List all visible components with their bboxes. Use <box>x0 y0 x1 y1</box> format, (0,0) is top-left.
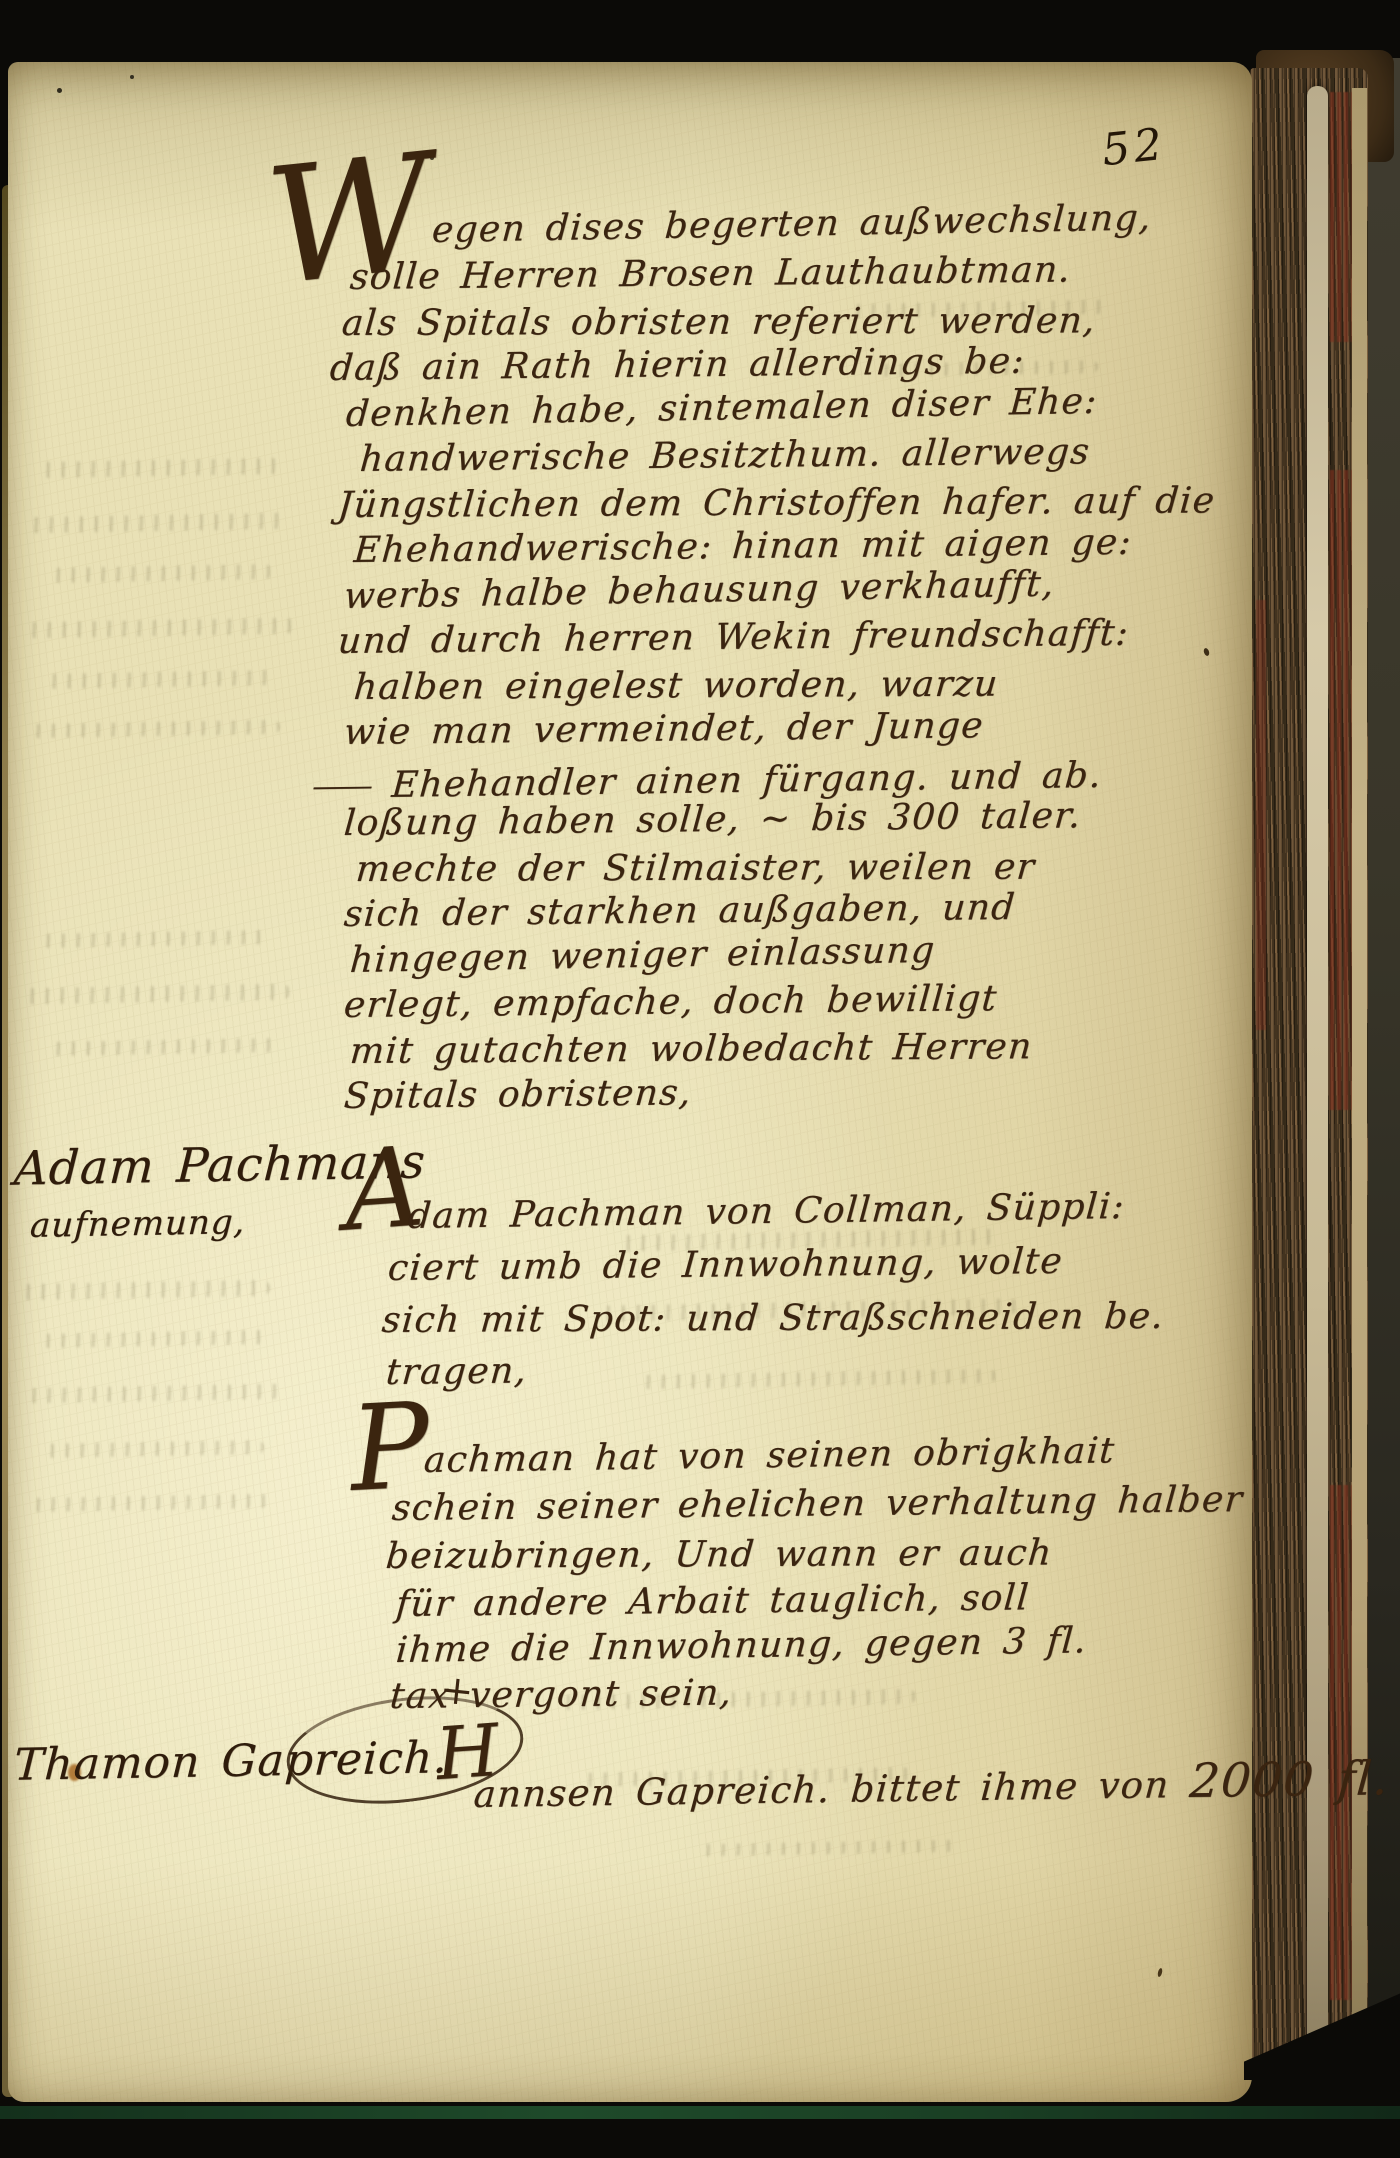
fore-edge-red-streak <box>1330 1485 1352 2000</box>
text-line: sich der starkhen außgaben, und <box>342 887 1017 935</box>
entry-text: annsen Gapreich. bittet ihme von <box>472 1763 1191 1816</box>
paper-speck <box>130 75 134 79</box>
fore-edge-red-streak <box>1330 92 1352 342</box>
table-stripe <box>0 2106 1400 2119</box>
folio-number: 52 <box>1100 119 1169 176</box>
text-line: daß ain Rath hierin allerdings be: <box>328 341 1026 389</box>
manuscript-photo: 52 W egen dises begerten außwechslung, s… <box>0 0 1400 2158</box>
paper-speck <box>430 156 434 160</box>
text-line: sich mit Spot: und Straßschneiden be. <box>380 1296 1166 1341</box>
text-line: mechte der Stilmaister, weilen er <box>354 847 1037 890</box>
text-line: solle Herren Brosen Lauthaubtman. <box>348 249 1072 298</box>
text-line: ciert umb die Innwohnung, wolte <box>386 1241 1064 1289</box>
text-line: halben eingelest worden, warzu <box>352 664 1000 708</box>
paper-speck <box>57 88 62 93</box>
text-line: handwerische Besitzthum. allerwegs <box>358 431 1091 480</box>
margin-note-subject: aufnemung, <box>29 1202 246 1246</box>
fore-edge-red-streak <box>1256 600 1266 1030</box>
fore-edge-red-streak <box>1330 470 1352 1110</box>
text-line: als Spitals obristen referiert werden, <box>340 300 1097 344</box>
text-line: Jüngstlichen dem Christoffen hafer. auf … <box>336 480 1217 526</box>
amount-figure: 2000 fl. <box>1188 1751 1391 1809</box>
text-line: beizubringen, Und wann er auch <box>384 1533 1054 1578</box>
text-line: für andere Arbait tauglich, soll <box>394 1577 1031 1625</box>
text-line: loßung haben solle, ∼ bis 300 taler. <box>342 795 1083 844</box>
text-line: Spitals obristens, <box>342 1072 693 1117</box>
text-line: und durch herren Wekin freundschafft: <box>336 613 1130 662</box>
text-line: wie man vermeindet, der Junge <box>342 705 985 753</box>
text-line: erlegt, empfache, doch bewilligt <box>342 978 999 1026</box>
cross-mark: + <box>438 1666 476 1715</box>
text-line: mit gutachten wolbedacht Herren <box>348 1026 1034 1072</box>
